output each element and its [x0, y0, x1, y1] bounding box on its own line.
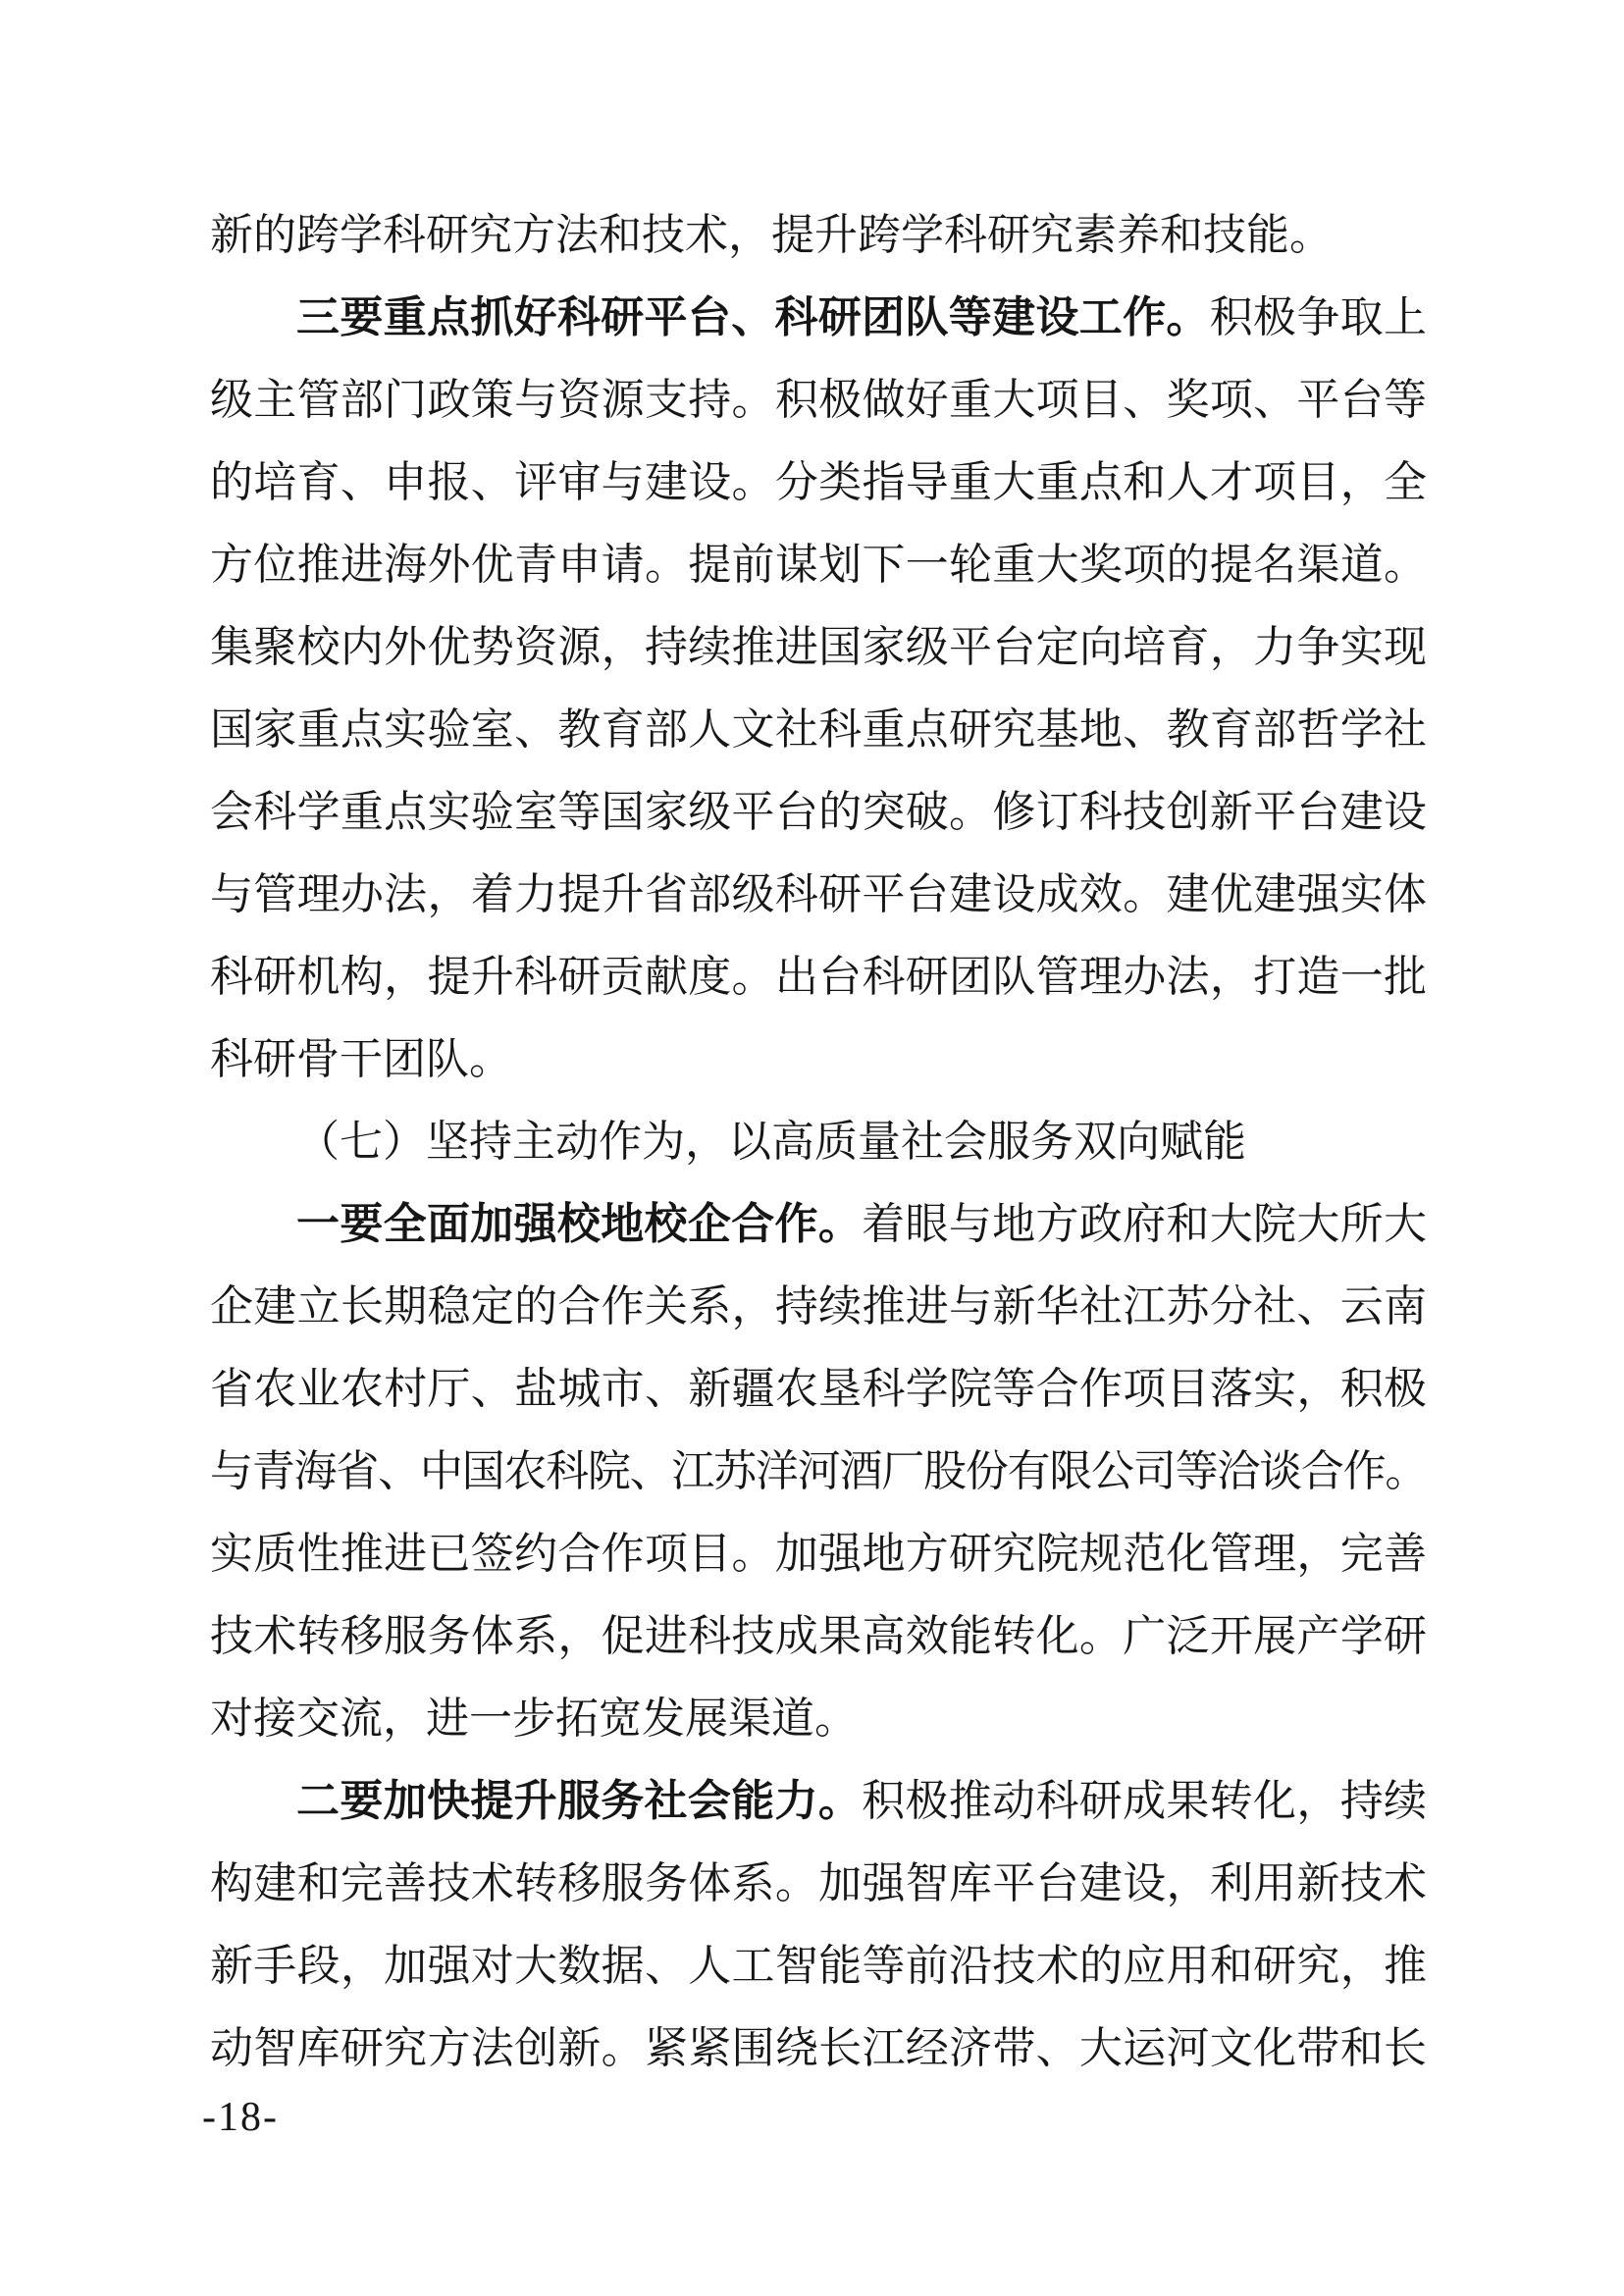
text-line: 三要重点抓好科研平台、科研团队等建设工作。积极争取上 [210, 277, 1427, 359]
text-line: 的培育、申报、评审与建设。分类指导重大重点和人才项目，全 [210, 442, 1427, 524]
text-line: 与管理办法，着力提升省部级科研平台建设成效。建优建强实体 [210, 854, 1427, 936]
body-text-run: 技术转移服务体系，促进科技成果高效能转化。广泛开展产学研 [210, 1612, 1427, 1660]
text-line: 构建和完善技术转移服务体系。加强智库平台建设，利用新技术 [210, 1843, 1427, 1925]
text-line: 动智库研究方法创新。紧紧围绕长江经济带、大运河文化带和长 [210, 2008, 1427, 2090]
text-line: 技术转移服务体系，促进科技成果高效能转化。广泛开展产学研 [210, 1595, 1427, 1678]
text-line: 集聚校内外优势资源，持续推进国家级平台定向培育，力争实现 [210, 606, 1427, 689]
body-text-run: 实质性推进已签约合作项目。加强地方研究院规范化管理，完善 [210, 1530, 1427, 1578]
body-text-run: 对接交流，进一步拓宽发展渠道。 [210, 1695, 858, 1743]
body-text-run: 与管理办法，着力提升省部级科研平台建设成效。建优建强实体 [210, 870, 1427, 918]
document-body: 新的跨学科研究方法和技术，提升跨学科研究素养和技能。三要重点抓好科研平台、科研团… [210, 194, 1427, 2090]
text-line: 科研骨干团队。 [210, 1018, 1427, 1101]
body-text-run: 会科学重点实验室等国家级平台的突破。修订科技创新平台建设 [210, 788, 1427, 836]
body-text-run: 积极争取上 [1210, 293, 1427, 341]
body-text-run: 省农业农村厅、盐城市、新疆农垦科学院等合作项目落实，积极 [210, 1365, 1427, 1413]
text-line: 新手段，加强对大数据、人工智能等前沿技术的应用和研究，推 [210, 1925, 1427, 2008]
body-text-run: 新手段，加强对大数据、人工智能等前沿技术的应用和研究，推 [210, 1942, 1427, 1990]
text-line: 对接交流，进一步拓宽发展渠道。 [210, 1678, 1427, 1760]
text-line: 一要全面加强校地校企合作。着眼与地方政府和大院大所大 [210, 1183, 1427, 1266]
text-line: 级主管部门政策与资源支持。积极做好重大项目、奖项、平台等 [210, 359, 1427, 442]
body-text-run: 集聚校内外优势资源，持续推进国家级平台定向培育，力争实现 [210, 623, 1427, 671]
page-number: -18- [202, 2088, 279, 2147]
body-text-run: 国家重点实验室、教育部人文社科重点研究基地、教育部哲学社 [210, 705, 1427, 754]
body-text-run: （七）坚持主动作为，以高质量社会服务双向赋能 [296, 1118, 1246, 1166]
body-text-run: 方位推进海外优青申请。提前谋划下一轮重大奖项的提名渠道。 [210, 541, 1427, 589]
bold-lead-in-text: 三要重点抓好科研平台、科研团队等建设工作。 [296, 293, 1210, 341]
body-text-run: 科研骨干团队。 [210, 1035, 512, 1083]
body-text-run: 企建立长期稳定的合作关系，持续推进与新华社江苏分社、云南 [210, 1282, 1427, 1331]
section-heading-line: （七）坚持主动作为，以高质量社会服务双向赋能 [210, 1101, 1427, 1183]
document-page: 新的跨学科研究方法和技术，提升跨学科研究素养和技能。三要重点抓好科研平台、科研团… [0, 0, 1624, 2296]
text-line: 与青海省、中国农科院、江苏洋河酒厂股份有限公司等洽谈合作。 [210, 1431, 1427, 1513]
body-text-run: 级主管部门政策与资源支持。积极做好重大项目、奖项、平台等 [210, 376, 1427, 424]
body-text-run: 科研机构，提升科研贡献度。出台科研团队管理办法，打造一批 [210, 953, 1427, 1001]
text-line: 企建立长期稳定的合作关系，持续推进与新华社江苏分社、云南 [210, 1266, 1427, 1348]
body-text-run: 的培育、申报、评审与建设。分类指导重大重点和人才项目，全 [210, 458, 1427, 506]
text-line: 科研机构，提升科研贡献度。出台科研团队管理办法，打造一批 [210, 936, 1427, 1018]
bold-lead-in-text: 二要加快提升服务社会能力。 [296, 1777, 862, 1825]
text-line: 二要加快提升服务社会能力。积极推动科研成果转化，持续 [210, 1760, 1427, 1843]
body-text-run: 构建和完善技术转移服务体系。加强智库平台建设，利用新技术 [210, 1859, 1427, 1907]
body-text-run: 与青海省、中国农科院、江苏洋河酒厂股份有限公司等洽谈合作。 [210, 1447, 1427, 1495]
bold-lead-in-text: 一要全面加强校地校企合作。 [296, 1200, 862, 1248]
text-line: 新的跨学科研究方法和技术，提升跨学科研究素养和技能。 [210, 194, 1427, 277]
body-text-run: 着眼与地方政府和大院大所大 [862, 1200, 1427, 1248]
body-text-run: 动智库研究方法创新。紧紧围绕长江经济带、大运河文化带和长 [210, 2024, 1427, 2072]
body-text-run: 积极推动科研成果转化，持续 [862, 1777, 1427, 1825]
text-line: 国家重点实验室、教育部人文社科重点研究基地、教育部哲学社 [210, 689, 1427, 771]
body-text-run: 新的跨学科研究方法和技术，提升跨学科研究素养和技能。 [210, 211, 1333, 259]
text-line: 省农业农村厅、盐城市、新疆农垦科学院等合作项目落实，积极 [210, 1348, 1427, 1431]
text-line: 会科学重点实验室等国家级平台的突破。修订科技创新平台建设 [210, 771, 1427, 854]
text-line: 实质性推进已签约合作项目。加强地方研究院规范化管理，完善 [210, 1513, 1427, 1595]
text-line: 方位推进海外优青申请。提前谋划下一轮重大奖项的提名渠道。 [210, 524, 1427, 606]
